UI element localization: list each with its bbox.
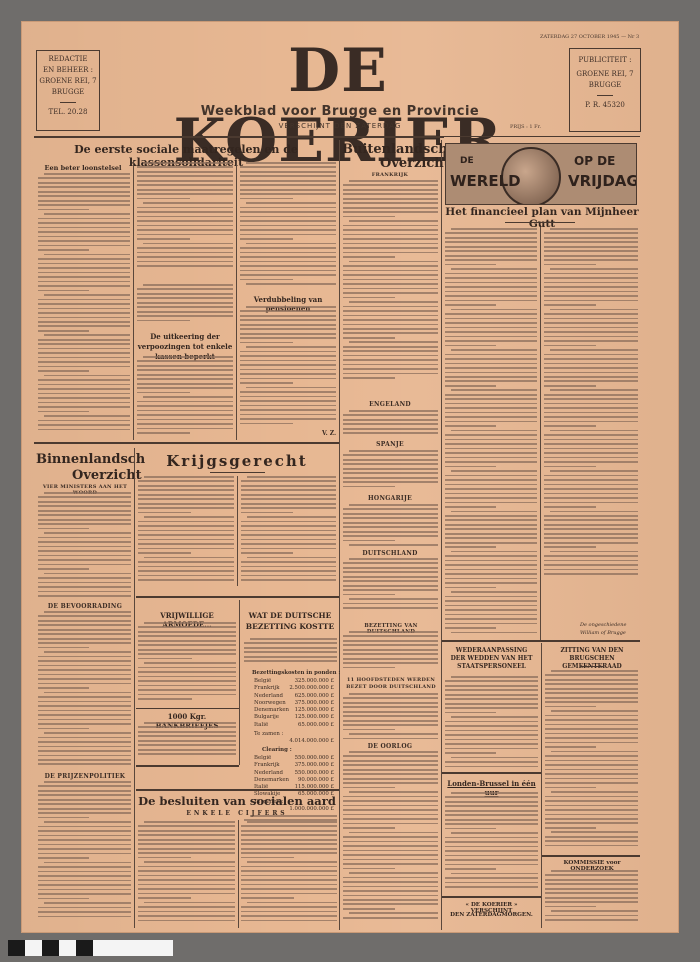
text-line xyxy=(241,857,294,859)
table-row: Frankrijk2.500.000.000 £ xyxy=(254,685,334,692)
text-line xyxy=(545,919,638,921)
text-line xyxy=(240,351,336,353)
text-line xyxy=(241,911,337,913)
text-line xyxy=(44,651,131,653)
text-line xyxy=(544,479,638,481)
text-line xyxy=(343,585,438,587)
domestic-text-ministers xyxy=(38,492,131,602)
text-line xyxy=(38,285,130,287)
text-line xyxy=(44,294,130,296)
text-line xyxy=(138,857,191,859)
text-line xyxy=(144,476,234,478)
text-line xyxy=(445,367,537,369)
text-line xyxy=(545,742,638,744)
text-line xyxy=(38,424,130,426)
text-line xyxy=(343,265,438,267)
text-line xyxy=(137,302,233,304)
country-name: Italië xyxy=(254,722,268,729)
text-line xyxy=(137,184,233,186)
text-line xyxy=(343,193,438,195)
text-line xyxy=(138,498,234,500)
publication-schedule: VERSCHIJNT DEN ZATERDAG xyxy=(230,122,450,130)
text-line xyxy=(545,845,638,847)
text-line xyxy=(137,306,233,308)
text-line xyxy=(445,322,537,324)
text-line xyxy=(38,555,131,557)
text-line xyxy=(544,407,638,409)
text-line xyxy=(550,309,638,311)
text-line xyxy=(451,349,537,351)
text-line xyxy=(138,866,235,868)
text-line xyxy=(38,803,131,805)
amount-value: 90.000.000 £ xyxy=(298,777,334,784)
text-line xyxy=(38,231,130,233)
text-line xyxy=(143,396,233,398)
text-line xyxy=(38,290,89,292)
text-line xyxy=(550,228,638,230)
wages-headline-1: WEDERAANPASSING xyxy=(444,647,539,655)
text-line xyxy=(445,497,537,499)
foreign-text-germany xyxy=(343,558,438,616)
text-line xyxy=(343,216,395,218)
text-line xyxy=(240,405,336,407)
divider xyxy=(60,102,76,103)
text-line xyxy=(451,430,537,432)
text-line xyxy=(343,773,438,775)
text-line xyxy=(551,670,638,672)
text-line xyxy=(38,370,89,372)
amount-value: 125.000.000 £ xyxy=(295,707,334,714)
text-line xyxy=(544,443,638,445)
text-line xyxy=(544,519,638,521)
text-line xyxy=(246,387,336,389)
text-line xyxy=(137,401,233,403)
text-line xyxy=(240,274,336,276)
text-line xyxy=(445,882,538,884)
text-line xyxy=(343,368,438,370)
text-line xyxy=(445,394,537,396)
text-line xyxy=(445,277,537,279)
text-line xyxy=(545,818,638,820)
text-line xyxy=(137,405,233,407)
domestic-section-prices: DE PRIJZENPOLITIEK xyxy=(36,773,134,780)
text-line xyxy=(349,912,438,914)
social-headline: De besluiten van socialen aard xyxy=(137,794,337,808)
text-line xyxy=(38,582,131,584)
text-line xyxy=(137,234,233,236)
text-line xyxy=(343,346,438,348)
text-line xyxy=(544,537,638,539)
text-line xyxy=(240,364,336,366)
text-line xyxy=(544,394,638,396)
text-line xyxy=(241,507,336,509)
text-line xyxy=(38,272,130,274)
text-line xyxy=(143,356,233,358)
text-line xyxy=(241,575,336,577)
text-line xyxy=(445,533,537,535)
text-line xyxy=(445,748,538,750)
amount-value: 375.000.000 £ xyxy=(295,700,334,707)
text-line xyxy=(137,175,233,177)
text-line xyxy=(343,805,438,807)
text-line xyxy=(240,382,293,384)
text-line xyxy=(545,897,638,899)
banner-word-de: DE xyxy=(460,156,474,166)
text-line xyxy=(38,880,131,882)
calibration-block-white xyxy=(25,940,42,956)
text-line xyxy=(343,477,438,479)
text-line xyxy=(445,354,537,356)
text-line xyxy=(38,785,131,787)
text-line xyxy=(544,461,638,463)
text-line xyxy=(240,180,336,182)
text-line xyxy=(343,787,395,789)
text-line xyxy=(343,653,438,655)
text-line xyxy=(144,722,236,724)
text-line xyxy=(545,874,638,876)
text-line xyxy=(343,594,395,596)
text-line xyxy=(445,828,496,830)
text-line xyxy=(349,598,438,600)
text-line xyxy=(343,603,438,605)
text-line xyxy=(343,724,438,726)
text-line xyxy=(240,234,336,236)
text-line xyxy=(38,705,131,707)
text-line xyxy=(240,319,336,321)
text-line xyxy=(445,546,496,548)
text-line xyxy=(241,503,336,505)
advertising-city: BRUGGE xyxy=(570,80,640,91)
text-line xyxy=(544,322,638,324)
text-line xyxy=(445,506,496,508)
foreign-section-war: DE OORLOG xyxy=(342,743,438,750)
amount-value: 325.000.000 £ xyxy=(295,678,334,685)
text-line xyxy=(138,653,236,655)
lead-column-1 xyxy=(38,173,130,438)
text-line xyxy=(545,697,638,699)
text-line xyxy=(138,870,235,872)
text-line xyxy=(240,310,336,312)
text-line xyxy=(445,434,537,436)
country-name: Noorwegen xyxy=(254,700,286,707)
text-line xyxy=(445,363,537,365)
table-row: Nederland550.000.000 £ xyxy=(254,770,334,777)
text-line xyxy=(343,423,438,425)
text-line xyxy=(343,635,438,637)
text-line xyxy=(38,866,131,868)
text-line xyxy=(137,238,190,240)
text-line xyxy=(38,642,131,644)
text-line xyxy=(445,805,538,807)
text-line xyxy=(143,284,233,286)
text-line xyxy=(544,502,638,504)
text-line xyxy=(38,656,131,658)
column-rule xyxy=(133,160,134,440)
text-line xyxy=(445,421,537,423)
text-line xyxy=(445,810,538,812)
table-row: België325.000.000 £ xyxy=(254,678,334,685)
country-name: Denemarken xyxy=(254,707,289,714)
text-line xyxy=(343,755,438,757)
text-line xyxy=(38,222,130,224)
text-line xyxy=(550,470,638,472)
text-line xyxy=(38,263,130,265)
text-line xyxy=(143,202,233,204)
text-line xyxy=(240,369,336,371)
text-line xyxy=(240,193,336,195)
text-line xyxy=(544,497,638,499)
text-line xyxy=(544,367,638,369)
text-line xyxy=(445,573,537,575)
text-line xyxy=(241,915,337,917)
amount-value: 375.000.000 £ xyxy=(295,762,334,769)
text-line xyxy=(38,330,89,332)
text-line xyxy=(38,348,130,350)
text-line xyxy=(241,825,337,827)
text-line xyxy=(240,216,336,218)
text-line xyxy=(445,448,537,450)
text-line xyxy=(544,331,638,333)
text-line xyxy=(241,530,336,532)
text-line xyxy=(343,468,438,470)
text-line xyxy=(44,492,131,494)
column-rule xyxy=(238,820,239,928)
foreign-headline-1: Buitenlandsch xyxy=(342,142,448,157)
text-line xyxy=(343,640,438,642)
text-line xyxy=(38,267,130,269)
editorial-label-2: EN BEHEER : xyxy=(37,65,99,76)
table-row: Bulgarije125.000.000 £ xyxy=(254,714,334,721)
text-line xyxy=(44,415,130,417)
text-line xyxy=(137,365,233,367)
text-line xyxy=(137,378,233,380)
text-line xyxy=(445,739,538,741)
text-line xyxy=(550,268,638,270)
text-line xyxy=(38,236,130,238)
notice-line-2: DEN ZATERDAGMORGEN. xyxy=(444,912,539,918)
text-line xyxy=(445,519,537,521)
amount-value: 65.000.000 £ xyxy=(298,722,334,729)
text-line xyxy=(38,195,130,197)
text-line xyxy=(343,274,438,276)
text-line xyxy=(241,897,294,899)
text-line xyxy=(544,241,638,243)
text-line xyxy=(38,678,131,680)
occupation-total-row: Te zamen : 4.014.000.000 £ xyxy=(254,731,334,746)
text-line xyxy=(241,906,337,908)
text-line xyxy=(138,888,235,890)
text-line xyxy=(445,439,537,441)
text-line xyxy=(343,607,438,609)
advertising-label: PUBLICITEIT : xyxy=(570,55,640,66)
text-line xyxy=(544,340,638,342)
text-line xyxy=(38,303,130,305)
text-line xyxy=(138,680,236,682)
text-line xyxy=(545,773,638,775)
text-line xyxy=(343,778,438,780)
text-line xyxy=(138,689,236,691)
table-row: Noorwegen375.000.000 £ xyxy=(254,700,334,707)
commission-text xyxy=(545,870,638,925)
text-line xyxy=(250,638,337,640)
text-line xyxy=(38,204,130,206)
text-line xyxy=(451,551,537,553)
text-line xyxy=(445,864,538,866)
text-line xyxy=(38,839,131,841)
text-line xyxy=(343,890,438,892)
postal-account: P. R. 45320 xyxy=(570,100,640,111)
court-headline: Krijgsgerecht xyxy=(137,452,337,470)
text-line xyxy=(44,573,131,575)
text-line xyxy=(38,321,130,323)
country-name: België xyxy=(254,755,271,762)
text-line xyxy=(544,555,638,557)
text-line xyxy=(38,696,131,698)
column-rule xyxy=(441,140,442,930)
text-line xyxy=(343,782,438,784)
text-line xyxy=(138,543,234,545)
text-line xyxy=(138,830,235,832)
domestic-section-supply: DE BEVOORRADING xyxy=(36,603,134,610)
text-line xyxy=(544,380,638,382)
country-name: België xyxy=(254,678,271,685)
text-line xyxy=(445,286,537,288)
text-line xyxy=(38,916,131,918)
text-line xyxy=(138,480,234,482)
banknotes-text xyxy=(138,722,236,762)
text-line xyxy=(544,273,638,275)
editorial-telephone: TEL. 20.28 xyxy=(37,107,99,118)
text-line xyxy=(343,428,438,430)
text-line xyxy=(247,516,336,518)
text-line xyxy=(241,485,336,487)
text-line xyxy=(246,202,336,204)
text-line xyxy=(349,180,438,182)
text-line xyxy=(545,796,638,798)
gutt-signature: De ongeschiedene xyxy=(580,622,626,628)
text-line xyxy=(544,560,638,562)
text-line xyxy=(545,879,638,881)
text-line xyxy=(551,870,638,872)
text-line xyxy=(246,243,336,245)
headline-rule xyxy=(505,222,575,223)
text-line xyxy=(545,906,596,908)
text-line xyxy=(138,884,235,886)
text-line xyxy=(138,915,235,917)
text-line xyxy=(241,552,293,554)
total-label: Te zamen : xyxy=(254,731,283,738)
text-line xyxy=(38,245,130,247)
occupation-cost-table: België325.000.000 £Frankrijk2.500.000.00… xyxy=(254,678,334,729)
foreign-text-spain xyxy=(343,450,438,494)
text-line xyxy=(138,726,236,728)
text-line xyxy=(445,564,537,566)
text-line xyxy=(44,213,130,215)
text-line xyxy=(143,243,233,245)
text-line xyxy=(343,225,438,227)
text-line xyxy=(544,421,638,423)
lead-subhead-wages: Een beter loonstelsel xyxy=(38,164,128,172)
text-line xyxy=(545,805,638,807)
text-line xyxy=(544,475,638,477)
text-line xyxy=(38,893,131,895)
section-rule xyxy=(442,896,541,898)
text-line xyxy=(343,459,438,461)
text-line xyxy=(137,360,233,362)
text-line xyxy=(240,342,293,344)
table-row: Nederland625.000.000 £ xyxy=(254,693,334,700)
text-line xyxy=(343,513,438,515)
gutt-column-2 xyxy=(544,228,638,580)
text-line xyxy=(343,364,438,366)
text-line xyxy=(38,352,130,354)
text-line xyxy=(445,730,538,732)
text-line xyxy=(343,706,438,708)
text-line xyxy=(545,755,638,757)
text-line xyxy=(138,911,235,913)
text-line xyxy=(137,432,190,434)
text-line xyxy=(451,470,537,472)
text-line xyxy=(240,261,336,263)
text-line xyxy=(544,542,638,544)
foreign-section-germany: DUITSCHLAND xyxy=(342,550,438,557)
text-line xyxy=(445,734,538,736)
text-line xyxy=(138,525,234,527)
text-line xyxy=(138,740,236,742)
text-line xyxy=(38,406,130,408)
text-line xyxy=(137,225,233,227)
text-line xyxy=(240,166,336,168)
text-line xyxy=(38,723,131,725)
text-line xyxy=(445,313,537,315)
text-line xyxy=(241,548,336,550)
text-line xyxy=(38,577,131,579)
text-line xyxy=(445,407,537,409)
text-line xyxy=(343,850,438,852)
text-line xyxy=(343,702,438,704)
text-line xyxy=(38,357,130,359)
text-line xyxy=(343,814,438,816)
text-line xyxy=(240,211,336,213)
text-line xyxy=(445,761,538,763)
text-line xyxy=(38,200,130,202)
text-line xyxy=(38,808,131,810)
text-line xyxy=(38,741,131,743)
text-line xyxy=(349,301,438,303)
text-line xyxy=(445,721,538,723)
divider xyxy=(597,95,613,96)
text-line xyxy=(544,291,638,293)
text-line xyxy=(44,692,131,694)
text-line xyxy=(38,701,131,703)
text-line xyxy=(545,814,638,816)
text-line xyxy=(451,873,538,875)
text-line xyxy=(241,884,337,886)
text-line xyxy=(137,189,233,191)
editorial-address-box: REDACTIE EN BEHEER : GROENE REI, 7 BRUGG… xyxy=(36,50,100,131)
text-line xyxy=(138,731,236,733)
text-line xyxy=(38,505,131,507)
text-line xyxy=(343,463,438,465)
foreign-headline-2: Overzicht xyxy=(380,156,450,171)
foreign-text-capitals xyxy=(343,693,438,743)
text-line xyxy=(343,234,438,236)
text-line xyxy=(38,514,131,516)
text-line xyxy=(138,566,234,568)
text-line xyxy=(240,400,336,402)
section-rule xyxy=(136,708,239,709)
clearing-table: België550.000.000 £Frankrijk375.000.000 … xyxy=(254,755,334,799)
